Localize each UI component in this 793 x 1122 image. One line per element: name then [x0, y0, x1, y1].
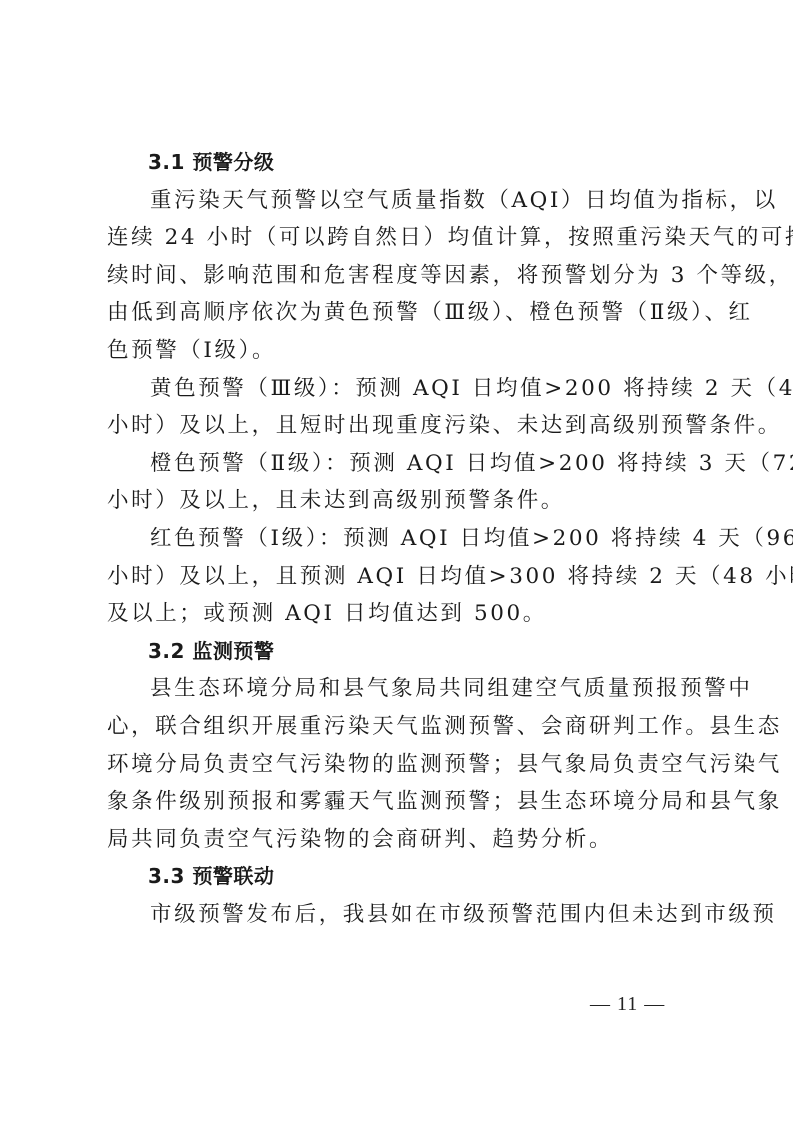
paragraph-line: 心，联合组织开展重污染天气监测预警、会商研判工作。县生态 — [107, 708, 697, 746]
red-warning-line: 小时）及以上，且预测 AQI 日均值>300 将持续 2 天（48 小时） — [107, 558, 697, 596]
section-heading-3-1: 3.1 预警分级 — [107, 144, 697, 182]
paragraph-line: 色预警（Ⅰ级）。 — [107, 332, 697, 370]
paragraph-line: 局共同负责空气污染物的会商研判、趋势分析。 — [107, 821, 697, 859]
paragraph-line: 重污染天气预警以空气质量指数（AQI）日均值为指标，以 — [107, 182, 697, 220]
orange-warning-line: 橙色预警（Ⅱ级）：预测 AQI 日均值>200 将持续 3 天（72 — [107, 445, 697, 483]
paragraph-line: 市级预警发布后，我县如在市级预警范围内但未达到市级预 — [107, 896, 697, 934]
yellow-warning-line: 黄色预警（Ⅲ级）：预测 AQI 日均值>200 将持续 2 天（48 — [107, 370, 697, 408]
document-page: 3.1 预警分级 重污染天气预警以空气质量指数（AQI）日均值为指标，以 连续 … — [107, 144, 697, 933]
paragraph-line: 县生态环境分局和县气象局共同组建空气质量预报预警中 — [107, 670, 697, 708]
section-heading-3-3: 3.3 预警联动 — [107, 858, 697, 896]
paragraph-line: 由低到高顺序依次为黄色预警（Ⅲ级）、橙色预警（Ⅱ级）、红 — [107, 294, 697, 332]
yellow-warning-line: 小时）及以上，且短时出现重度污染、未达到高级别预警条件。 — [107, 407, 697, 445]
red-warning-line: 及以上；或预测 AQI 日均值达到 500。 — [107, 595, 697, 633]
paragraph-line: 续时间、影响范围和危害程度等因素，将预警划分为 3 个等级， — [107, 257, 697, 295]
section-heading-3-2: 3.2 监测预警 — [107, 633, 697, 671]
page-number: — 11 — — [590, 993, 665, 1016]
paragraph-line: 象条件级别预报和雾霾天气监测预警；县生态环境分局和县气象 — [107, 783, 697, 821]
paragraph-line: 连续 24 小时（可以跨自然日）均值计算，按照重污染天气的可持 — [107, 219, 697, 257]
red-warning-line: 红色预警（Ⅰ级）：预测 AQI 日均值>200 将持续 4 天（96 — [107, 520, 697, 558]
paragraph-line: 环境分局负责空气污染物的监测预警；县气象局负责空气污染气 — [107, 746, 697, 784]
orange-warning-line: 小时）及以上，且未达到高级别预警条件。 — [107, 482, 697, 520]
